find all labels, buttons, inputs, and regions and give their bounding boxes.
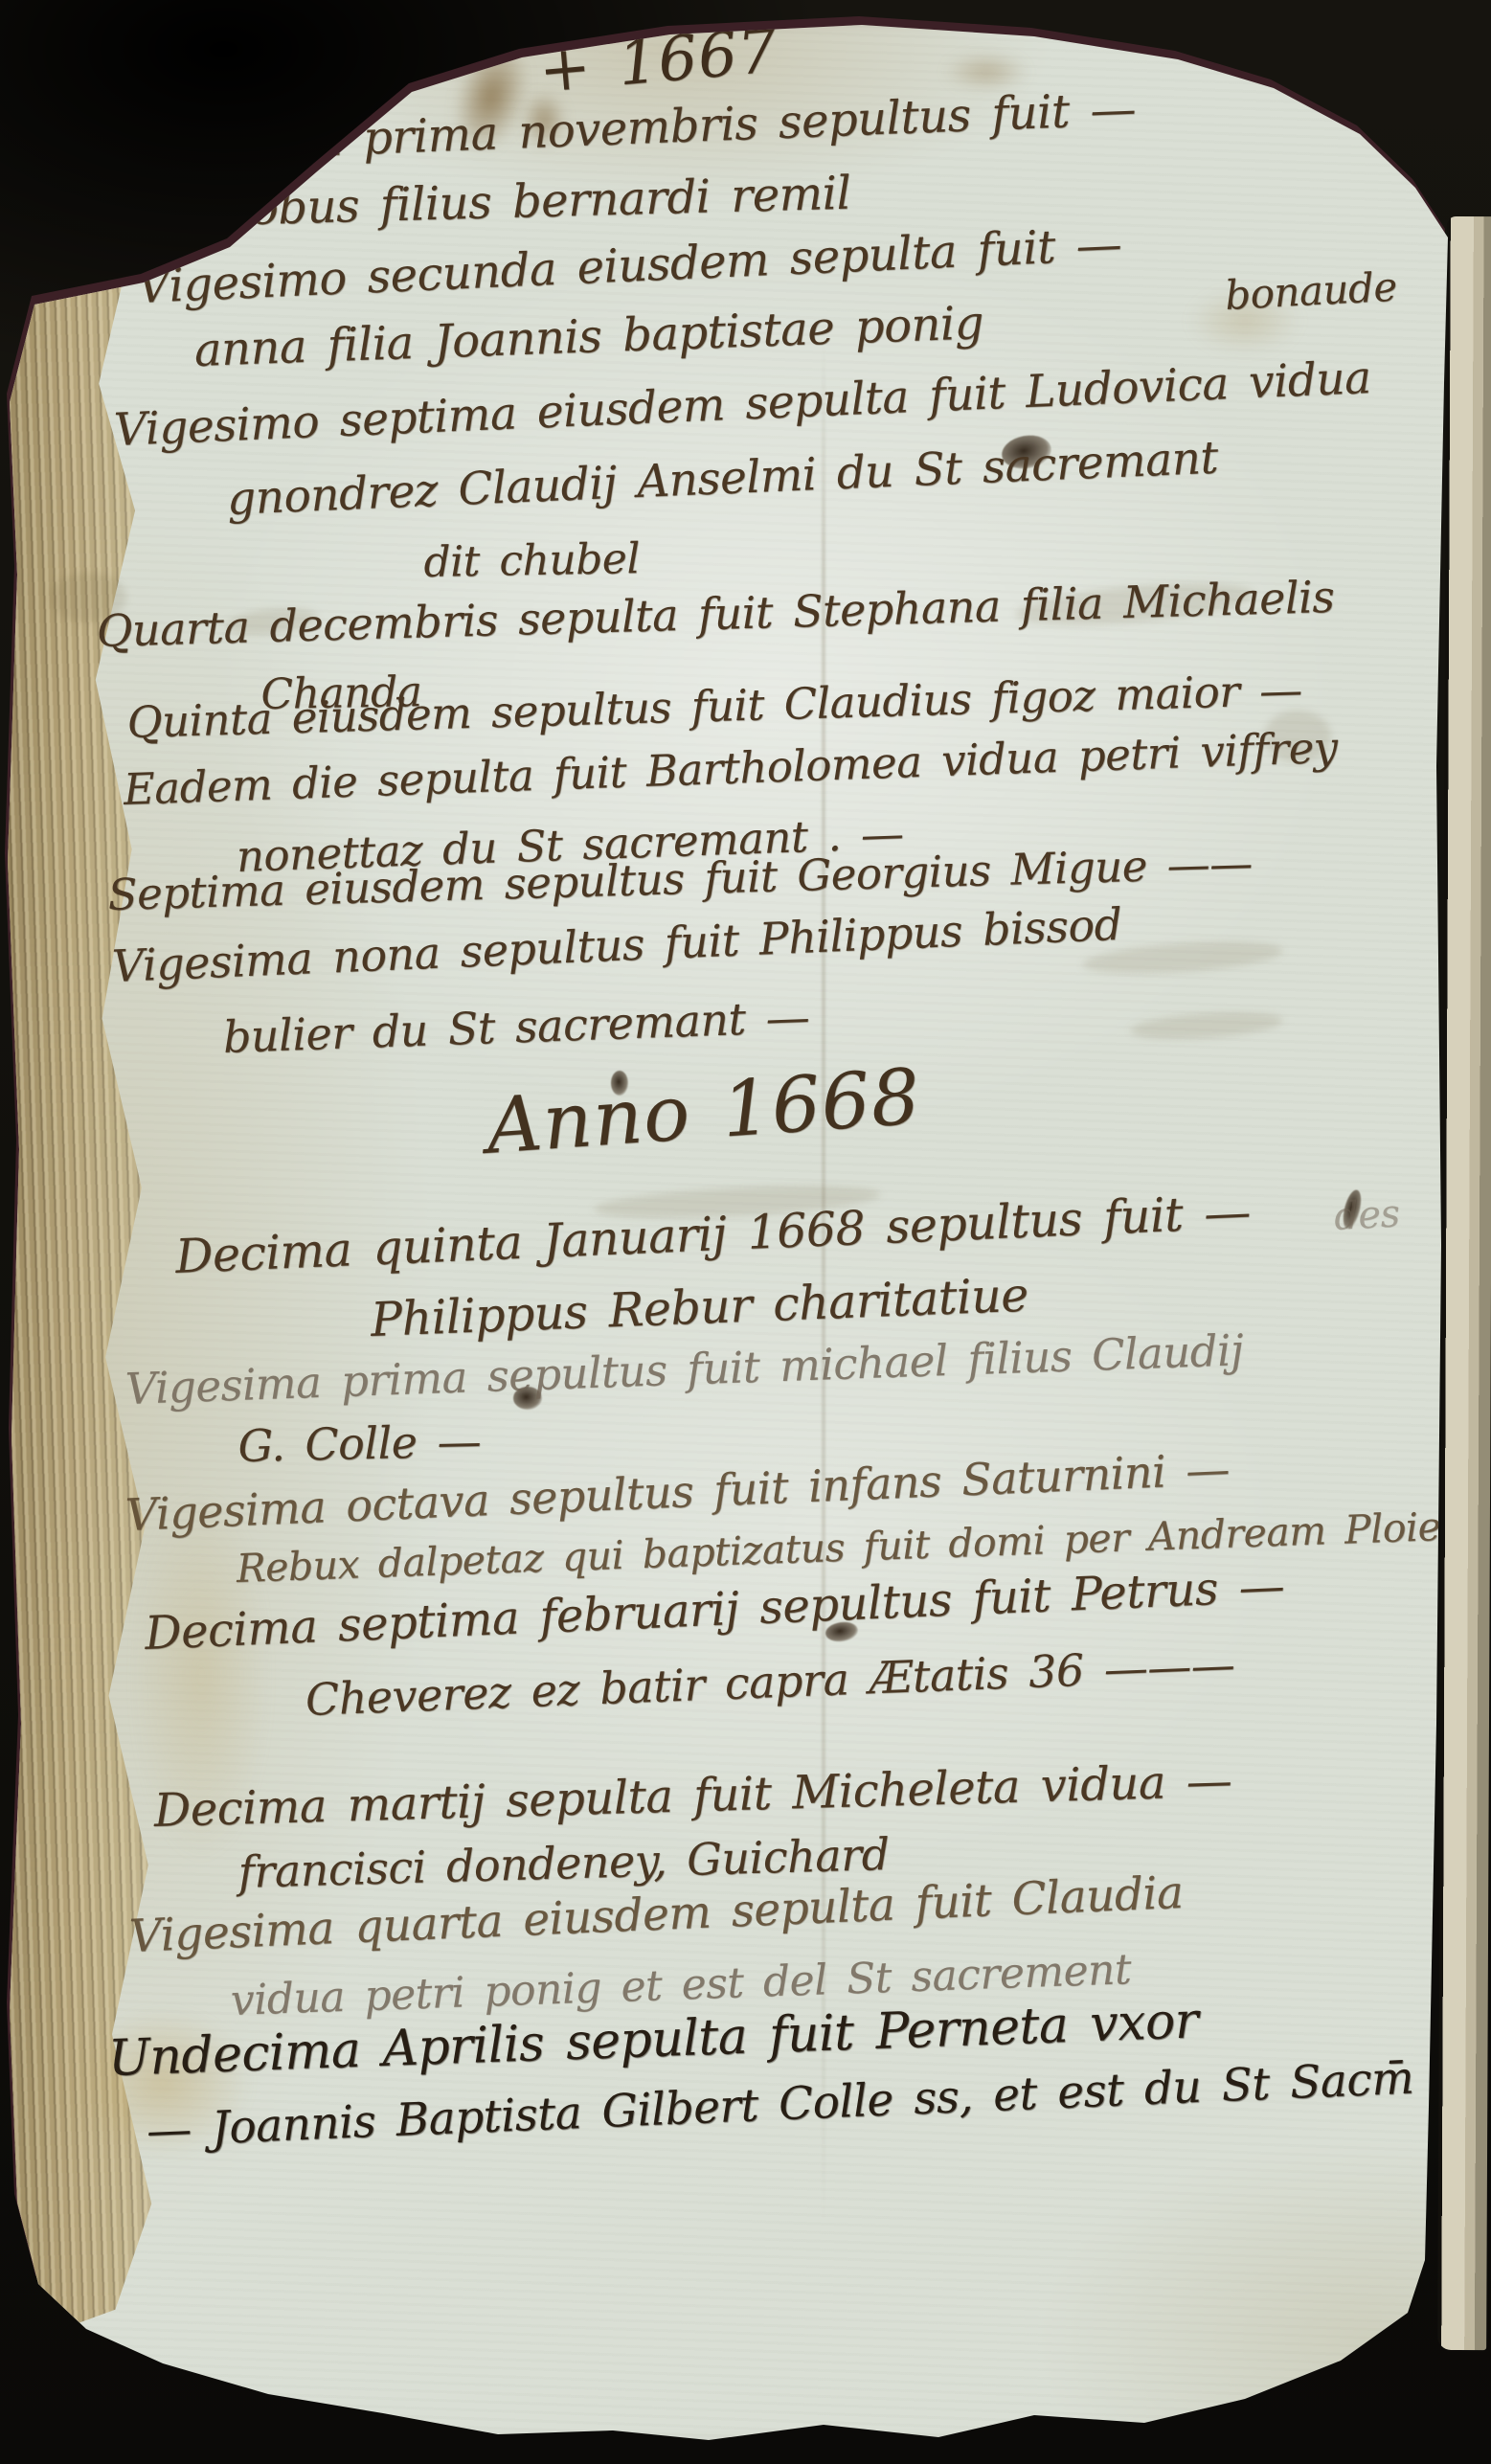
entry-1668-5-line-1: Decima martij sepulta fuit Micheleta vid… bbox=[153, 1754, 1232, 1838]
year-heading-1668: Anno 1668 bbox=[484, 1051, 923, 1170]
entry-1668-2-line-1: Vigesima prima sepultus fuit michael fil… bbox=[124, 1324, 1244, 1414]
manuscript-page: + 1667 Vigesima prima novembris sepultus… bbox=[0, 0, 1491, 2464]
entry-1667-2-line-2: anna filia Joannis baptistae ponig bbox=[193, 296, 984, 377]
entry-1667-3-line-3: dit chubel bbox=[423, 534, 640, 587]
book-fore-edge bbox=[1437, 216, 1491, 2350]
margin-note-bonaude: bonaude bbox=[1224, 263, 1398, 319]
entry-1667-4-line-1: Quarta decembris sepulta fuit Stephana f… bbox=[96, 571, 1335, 657]
bleedthrough-mark bbox=[1129, 1007, 1283, 1043]
stain bbox=[943, 53, 1029, 91]
faint-note-des: des bbox=[1333, 1191, 1401, 1239]
entry-1668-4-line-2: Cheverez ez batir capra Ætatis 36 ——— bbox=[305, 1639, 1235, 1726]
manuscript-scan: + 1667 Vigesima prima novembris sepultus… bbox=[0, 0, 1491, 2464]
entry-1667-8-line-2: bulier du St sacremant — bbox=[222, 991, 810, 1063]
entry-1668-2-line-2: G. Colle — bbox=[237, 1415, 482, 1472]
